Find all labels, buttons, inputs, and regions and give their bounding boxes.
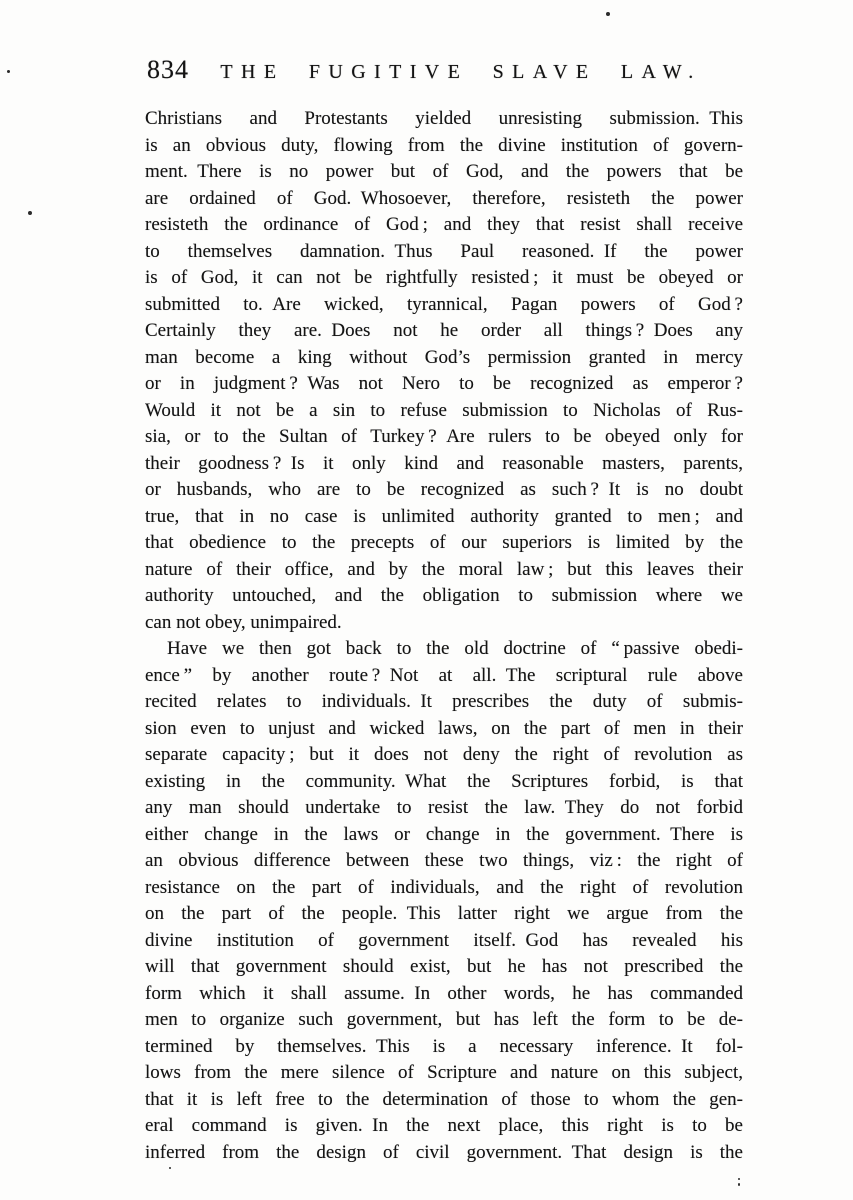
text-line: will that government should exist, but h…	[145, 954, 743, 981]
running-title: THE FUGITIVE SLAVE LAW.	[145, 61, 743, 83]
page-header: 834 THE FUGITIVE SLAVE LAW.	[145, 55, 743, 91]
text-line: sia, or to the Sultan of Turkey ? Are ru…	[145, 424, 743, 451]
text-line: Christians and Protestants yielded unres…	[145, 106, 743, 133]
scan-speck	[606, 12, 610, 16]
text-line: or husbands, who are to be recognized as…	[145, 477, 743, 504]
scan-speck	[738, 1183, 740, 1186]
text-line: on the part of the people. This latter r…	[145, 901, 743, 928]
text-line: existing in the community. What the Scri…	[145, 769, 743, 796]
text-line: separate capacity ; but it does not deny…	[145, 742, 743, 769]
text-line: recited relates to individuals. It presc…	[145, 689, 743, 716]
text-line: divine institution of government itself.…	[145, 928, 743, 955]
text-line: any man should undertake to resist the l…	[145, 795, 743, 822]
text-line: form which it shall assume. In other wor…	[145, 981, 743, 1008]
paragraph: Christians and Protestants yielded unres…	[145, 106, 743, 636]
text-line: ence ” by another route ? Not at all. Th…	[145, 663, 743, 690]
text-line: termined by themselves. This is a necess…	[145, 1034, 743, 1061]
text-line: an obvious difference between these two …	[145, 848, 743, 875]
text-line: sion even to unjust and wicked laws, on …	[145, 716, 743, 743]
text-line: man become a king without God’s permissi…	[145, 345, 743, 372]
text-line: resistance on the part of individuals, a…	[145, 875, 743, 902]
text-line: resisteth the ordinance of God ; and the…	[145, 212, 743, 239]
scan-speck	[7, 70, 10, 73]
text-line: ment. There is no power but of God, and …	[145, 159, 743, 186]
text-line: can not obey, unimpaired.	[145, 610, 743, 637]
text-line: true, that in no case is unlimited autho…	[145, 504, 743, 531]
paragraph: Have we then got back to the old doctrin…	[145, 636, 743, 1166]
text-line: is an obvious duty, flowing from the div…	[145, 133, 743, 160]
text-line: either change in the laws or change in t…	[145, 822, 743, 849]
text-line: or in judgment ? Was not Nero to be reco…	[145, 371, 743, 398]
body-text: Christians and Protestants yielded unres…	[145, 106, 743, 1166]
text-line: that obedience to the precepts of our su…	[145, 530, 743, 557]
text-line: lows from the mere silence of Scripture …	[145, 1060, 743, 1087]
text-line: to themselves damnation. Thus Paul reaso…	[145, 239, 743, 266]
text-line: nature of their office, and by the moral…	[145, 557, 743, 584]
text-line: Would it not be a sin to refuse submissi…	[145, 398, 743, 425]
scan-speck	[169, 1167, 171, 1169]
scan-speck	[738, 1178, 740, 1180]
book-page: 834 THE FUGITIVE SLAVE LAW. Christians a…	[0, 0, 853, 1200]
text-line: inferred from the design of civil govern…	[145, 1140, 743, 1167]
text-line: authority untouched, and the obligation …	[145, 583, 743, 610]
text-line: men to organize such government, but has…	[145, 1007, 743, 1034]
text-line: Have we then got back to the old doctrin…	[145, 636, 743, 663]
text-line: their goodness ? Is it only kind and rea…	[145, 451, 743, 478]
text-line: are ordained of God. Whosoever, therefor…	[145, 186, 743, 213]
text-line: is of God, it can not be rightfully resi…	[145, 265, 743, 292]
text-line: that it is left free to the determinatio…	[145, 1087, 743, 1114]
text-line: submitted to. Are wicked, tyrannical, Pa…	[145, 292, 743, 319]
text-line: eral command is given. In the next place…	[145, 1113, 743, 1140]
scan-speck	[28, 211, 32, 215]
text-line: Certainly they are. Does not he order al…	[145, 318, 743, 345]
